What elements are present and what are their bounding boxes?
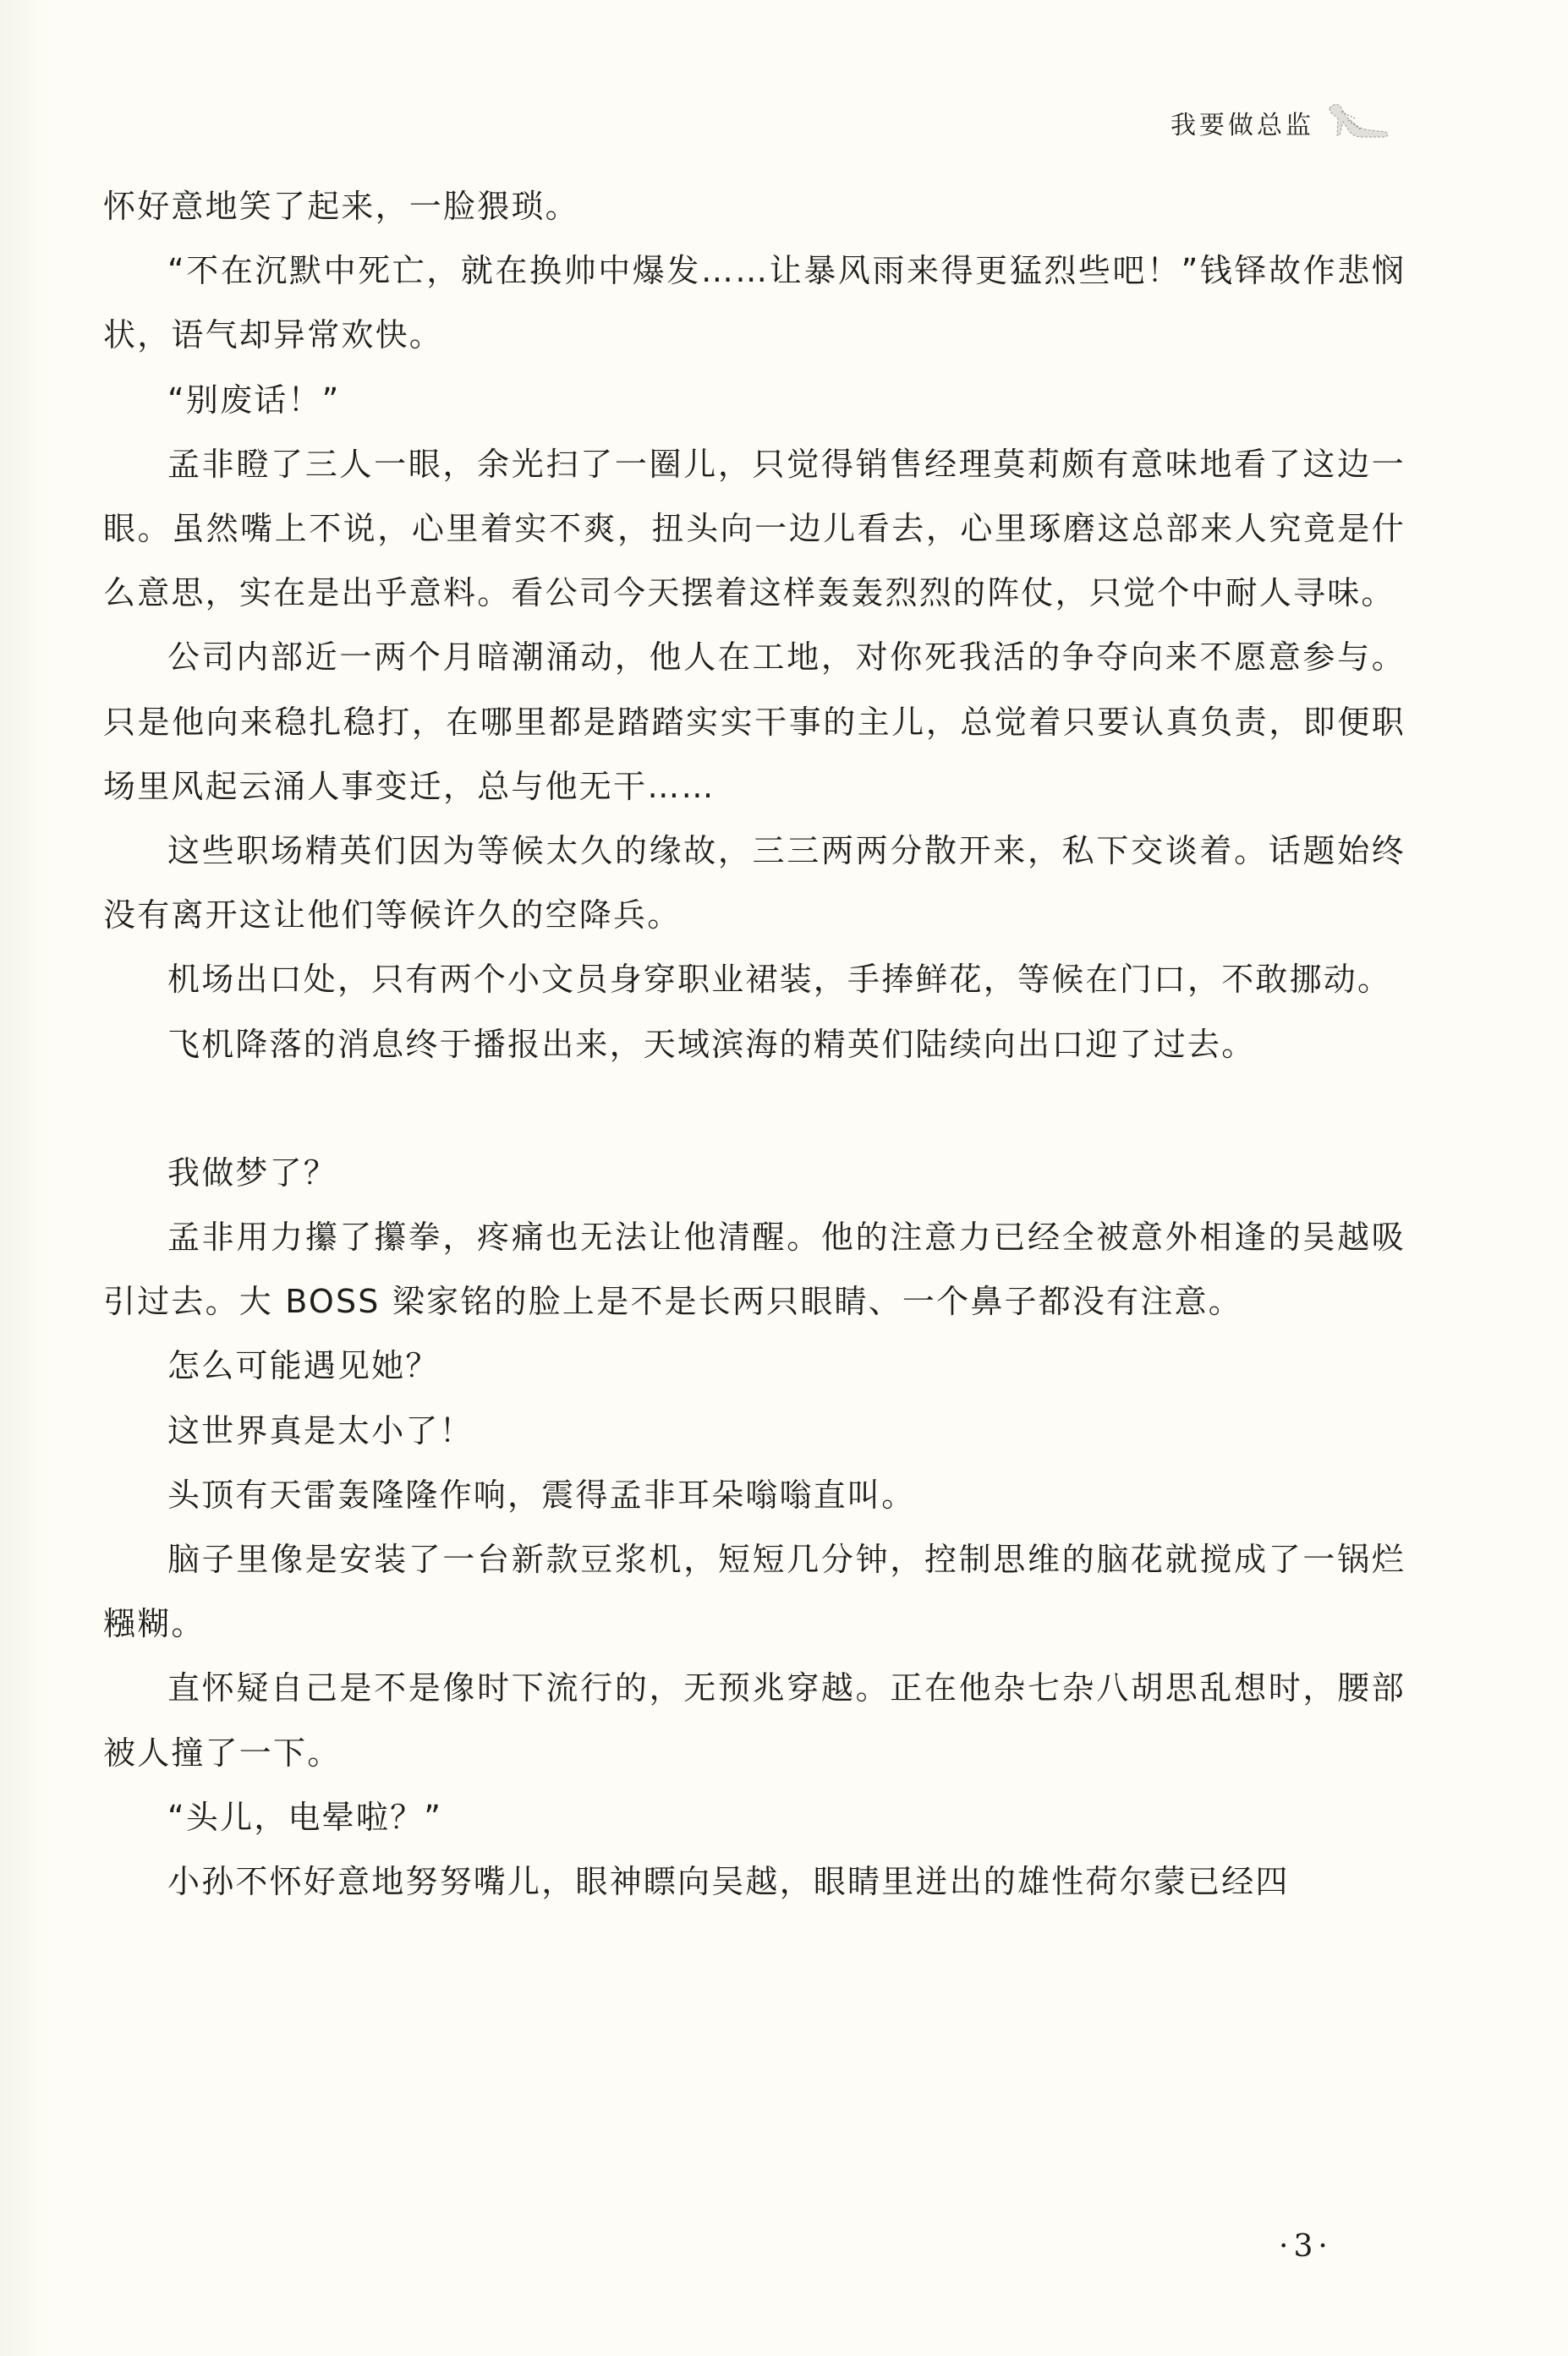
section-break — [103, 1077, 1406, 1141]
paragraph: 脑子里像是安装了一台新款豆浆机，短短几分钟，控制思维的脑花就搅成了一锅烂糨糊。 — [103, 1527, 1406, 1656]
running-head-title: 我要做总监 — [1171, 104, 1314, 141]
page-number: ·3· — [1279, 2229, 1333, 2264]
paragraph: 直怀疑自己是不是像时下流行的，无预兆穿越。正在他杂七杂八胡思乱想时，腰部被人撞了… — [103, 1656, 1406, 1784]
scan-edge-shade — [0, 0, 51, 2356]
paragraph: 孟非瞪了三人一眼，余光扫了一圈儿，只觉得销售经理莫莉颇有意味地看了这边一眼。虽然… — [103, 432, 1406, 626]
paragraph: 机场出口处，只有两个小文员身穿职业裙装，手捧鲜花，等候在门口，不敢挪动。 — [103, 947, 1406, 1011]
paragraph: 我做梦了？ — [103, 1141, 1406, 1205]
paragraph: 这世界真是太小了！ — [103, 1399, 1406, 1463]
paragraph: “别废话！” — [103, 368, 1406, 432]
running-head: 我要做总监 — [1171, 101, 1392, 144]
paragraph: “头儿，电晕啦？” — [103, 1785, 1406, 1849]
paragraph: 飞机降落的消息终于播报出来，天域滨海的精英们陆续向出口迎了过去。 — [103, 1012, 1406, 1077]
paragraph: 这些职场精英们因为等候太久的缘故，三三两两分散开来，私下交谈着。话题始终没有离开… — [103, 819, 1406, 947]
high-heel-shoe-icon — [1324, 101, 1392, 144]
paragraph: 孟非用力攥了攥拳，疼痛也无法让他清醒。他的注意力已经全被意外相逢的吴越吸引过去。… — [103, 1205, 1406, 1334]
paragraph: 头顶有天雷轰隆隆作响，震得孟非耳朵嗡嗡直叫。 — [103, 1463, 1406, 1527]
paragraph: 怀好意地笑了起来，一脸猥琐。 — [103, 174, 1406, 238]
paragraph: 怎么可能遇见她？ — [103, 1334, 1406, 1398]
paragraph: 公司内部近一两个月暗潮涌动，他人在工地，对你死我活的争夺向来不愿意参与。只是他向… — [103, 625, 1406, 819]
body-text: 怀好意地笑了起来，一脸猥琐。“不在沉默中死亡，就在换帅中爆发……让暴风雨来得更猛… — [103, 174, 1406, 1914]
paragraph: “不在沉默中死亡，就在换帅中爆发……让暴风雨来得更猛烈些吧！”钱铎故作悲悯状，语… — [103, 238, 1406, 367]
paragraph: 小孙不怀好意地努努嘴儿，眼神瞟向吴越，眼睛里迸出的雄性荷尔蒙已经四 — [103, 1849, 1406, 1914]
book-page: 我要做总监 怀好意地笑了起来，一脸猥琐。“不在沉默中死亡，就在换帅中爆发……让暴… — [0, 0, 1568, 2356]
